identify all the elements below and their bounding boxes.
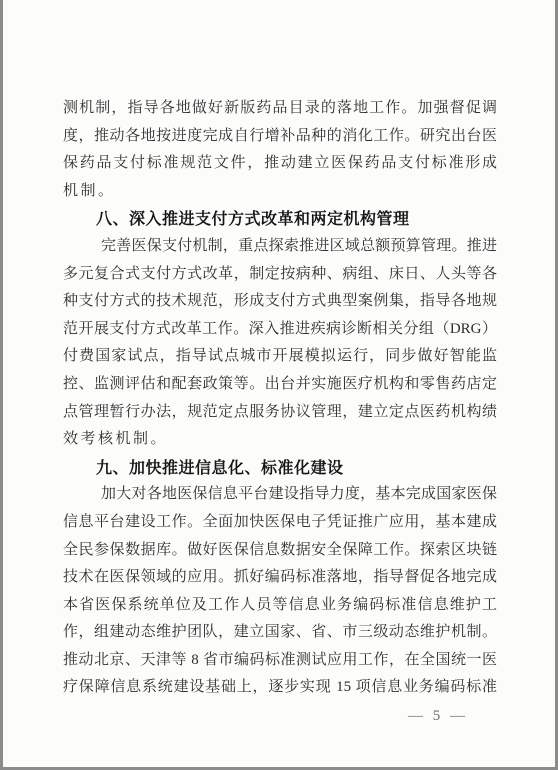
body-line: 加大对各地医保信息平台建设指导力度，基本完成国家医保: [63, 481, 497, 509]
body-line: 范开展支付方式改革工作。深入推进疾病诊断相关分组（DRG）: [63, 316, 497, 344]
scanned-document-page: 测机制，指导各地做好新版药品目录的落地工作。加强督促调 度，推动各地按进度完成自…: [0, 0, 558, 770]
body-line: 保药品支付标准规范文件，推动建立医保药品支付标准形成: [63, 150, 497, 178]
body-line: 控、监测评估和配套政策等。出台并实施医疗机构和零售药店定: [63, 371, 497, 399]
section-heading-9: 九、加快推进信息化、标准化建设: [63, 454, 497, 482]
page-number: — 5 —: [63, 706, 468, 726]
body-line: 多元复合式支付方式改革，制定按病种、病组、床日、人头等各: [63, 261, 497, 289]
body-line: 本省医保系统单位及工作人员等信息业务编码标准信息维护工: [63, 592, 497, 620]
body-line: 推动北京、天津等 8 省市编码标准测试应用工作，在全国统一医: [63, 647, 497, 675]
body-line: 作，组建动态维护团队，建立国家、省、市三级动态维护机制。: [63, 619, 497, 647]
body-line: 疗保障信息系统建设基础上，逐步实现 15 项信息业务编码标准: [63, 674, 497, 702]
body-line: 信息平台建设工作。全面加快医保电子凭证推广应用，基本建成: [63, 509, 497, 537]
body-line: 完善医保支付机制，重点探索推进区域总额预算管理。推进: [63, 233, 497, 261]
body-line: 度，推动各地按进度完成自行增补品种的消化工作。研究出台医: [63, 123, 497, 151]
body-line: 效考核机制。: [63, 426, 497, 454]
section-heading-8: 八、深入推进支付方式改革和两定机构管理: [63, 205, 497, 233]
document-body: 测机制，指导各地做好新版药品目录的落地工作。加强督促调 度，推动各地按进度完成自…: [63, 95, 497, 702]
body-line: 机制。: [63, 178, 497, 206]
body-line: 付费国家试点，指导试点城市开展模拟运行，同步做好智能监: [63, 343, 497, 371]
body-line: 技术在医保领域的应用。抓好编码标准落地，指导督促各地完成: [63, 564, 497, 592]
body-line: 种支付方式的技术规范，形成支付方式典型案例集，指导各地规: [63, 288, 497, 316]
body-line: 点管理暂行办法，规范定点服务协议管理，建立定点医药机构绩: [63, 399, 497, 427]
body-line: 测机制，指导各地做好新版药品目录的落地工作。加强督促调: [63, 95, 497, 123]
scan-left-edge: [0, 0, 3, 770]
body-line: 全民参保数据库。做好医保信息数据安全保障工作。探索区块链: [63, 537, 497, 565]
